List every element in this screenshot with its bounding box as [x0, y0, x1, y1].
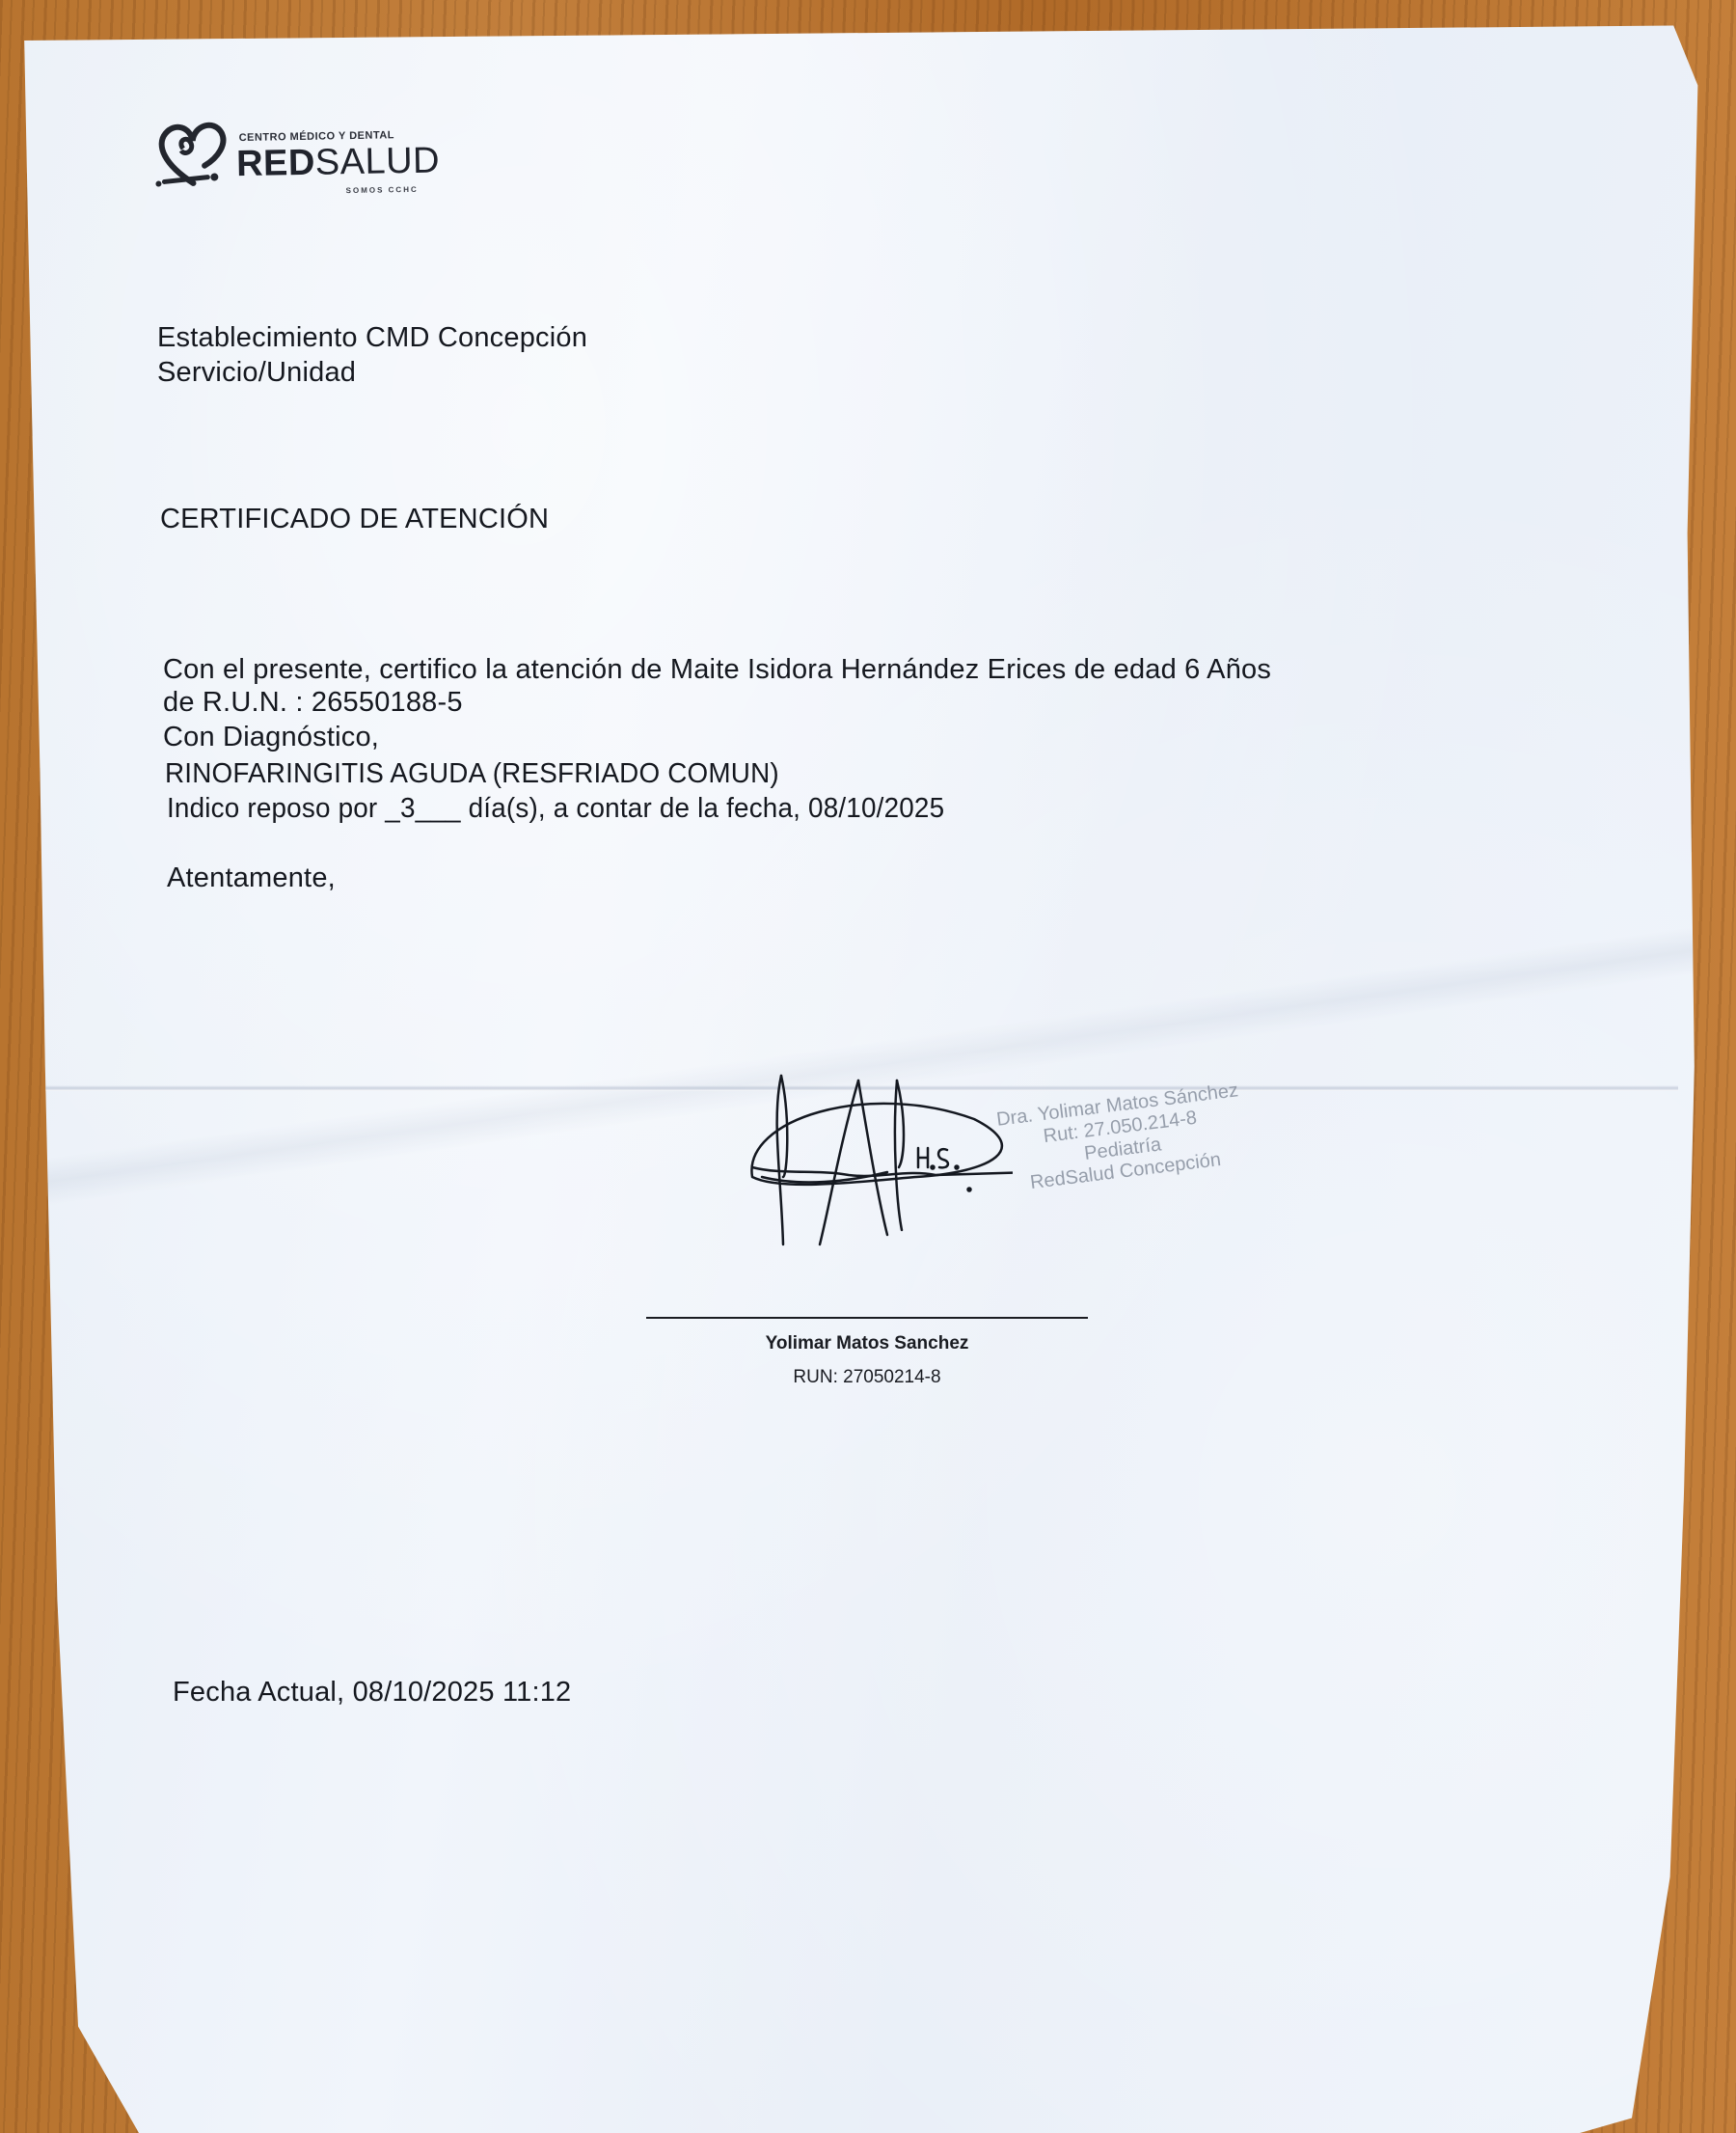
handwritten-signature	[723, 1061, 1013, 1254]
diagnosis-value: RINOFARINGITIS AGUDA (RESFRIADO COMUN)	[165, 756, 779, 791]
signer-name: Yolimar Matos Sanchez	[646, 1333, 1088, 1354]
doctor-stamp: Dra. Yolimar Matos Sánchez Rut: 27.050.2…	[995, 1080, 1248, 1197]
certificate-title: CERTIFICADO DE ATENCIÓN	[160, 502, 549, 536]
certificate-paper: CENTRO MÉDICO Y DENTAL REDSALUD SOMOS CC…	[0, 0, 1736, 2133]
rest-indication: Indico reposo por _3___ día(s), a contar…	[167, 791, 944, 826]
logo-tagline: SOMOS CCHC	[346, 185, 419, 195]
signature-line	[646, 1317, 1088, 1319]
certification-statement: Con el presente, certifico la atención d…	[163, 652, 1271, 687]
diagnosis-label: Con Diagnóstico,	[163, 720, 379, 754]
closing-text: Atentamente,	[167, 861, 336, 895]
logo-brand: REDSALUD	[236, 140, 441, 185]
current-date: Fecha Actual, 08/10/2025 11:12	[173, 1675, 571, 1709]
establishment-label: Establecimiento CMD Concepción	[157, 320, 587, 355]
patient-run: de R.U.N. : 26550188-5	[163, 685, 463, 720]
heart-icon	[153, 115, 231, 193]
signer-run: RUN: 27050214-8	[646, 1367, 1088, 1388]
redsalud-logo: CENTRO MÉDICO Y DENTAL REDSALUD SOMOS CC…	[153, 111, 445, 203]
service-label: Servicio/Unidad	[157, 355, 356, 390]
